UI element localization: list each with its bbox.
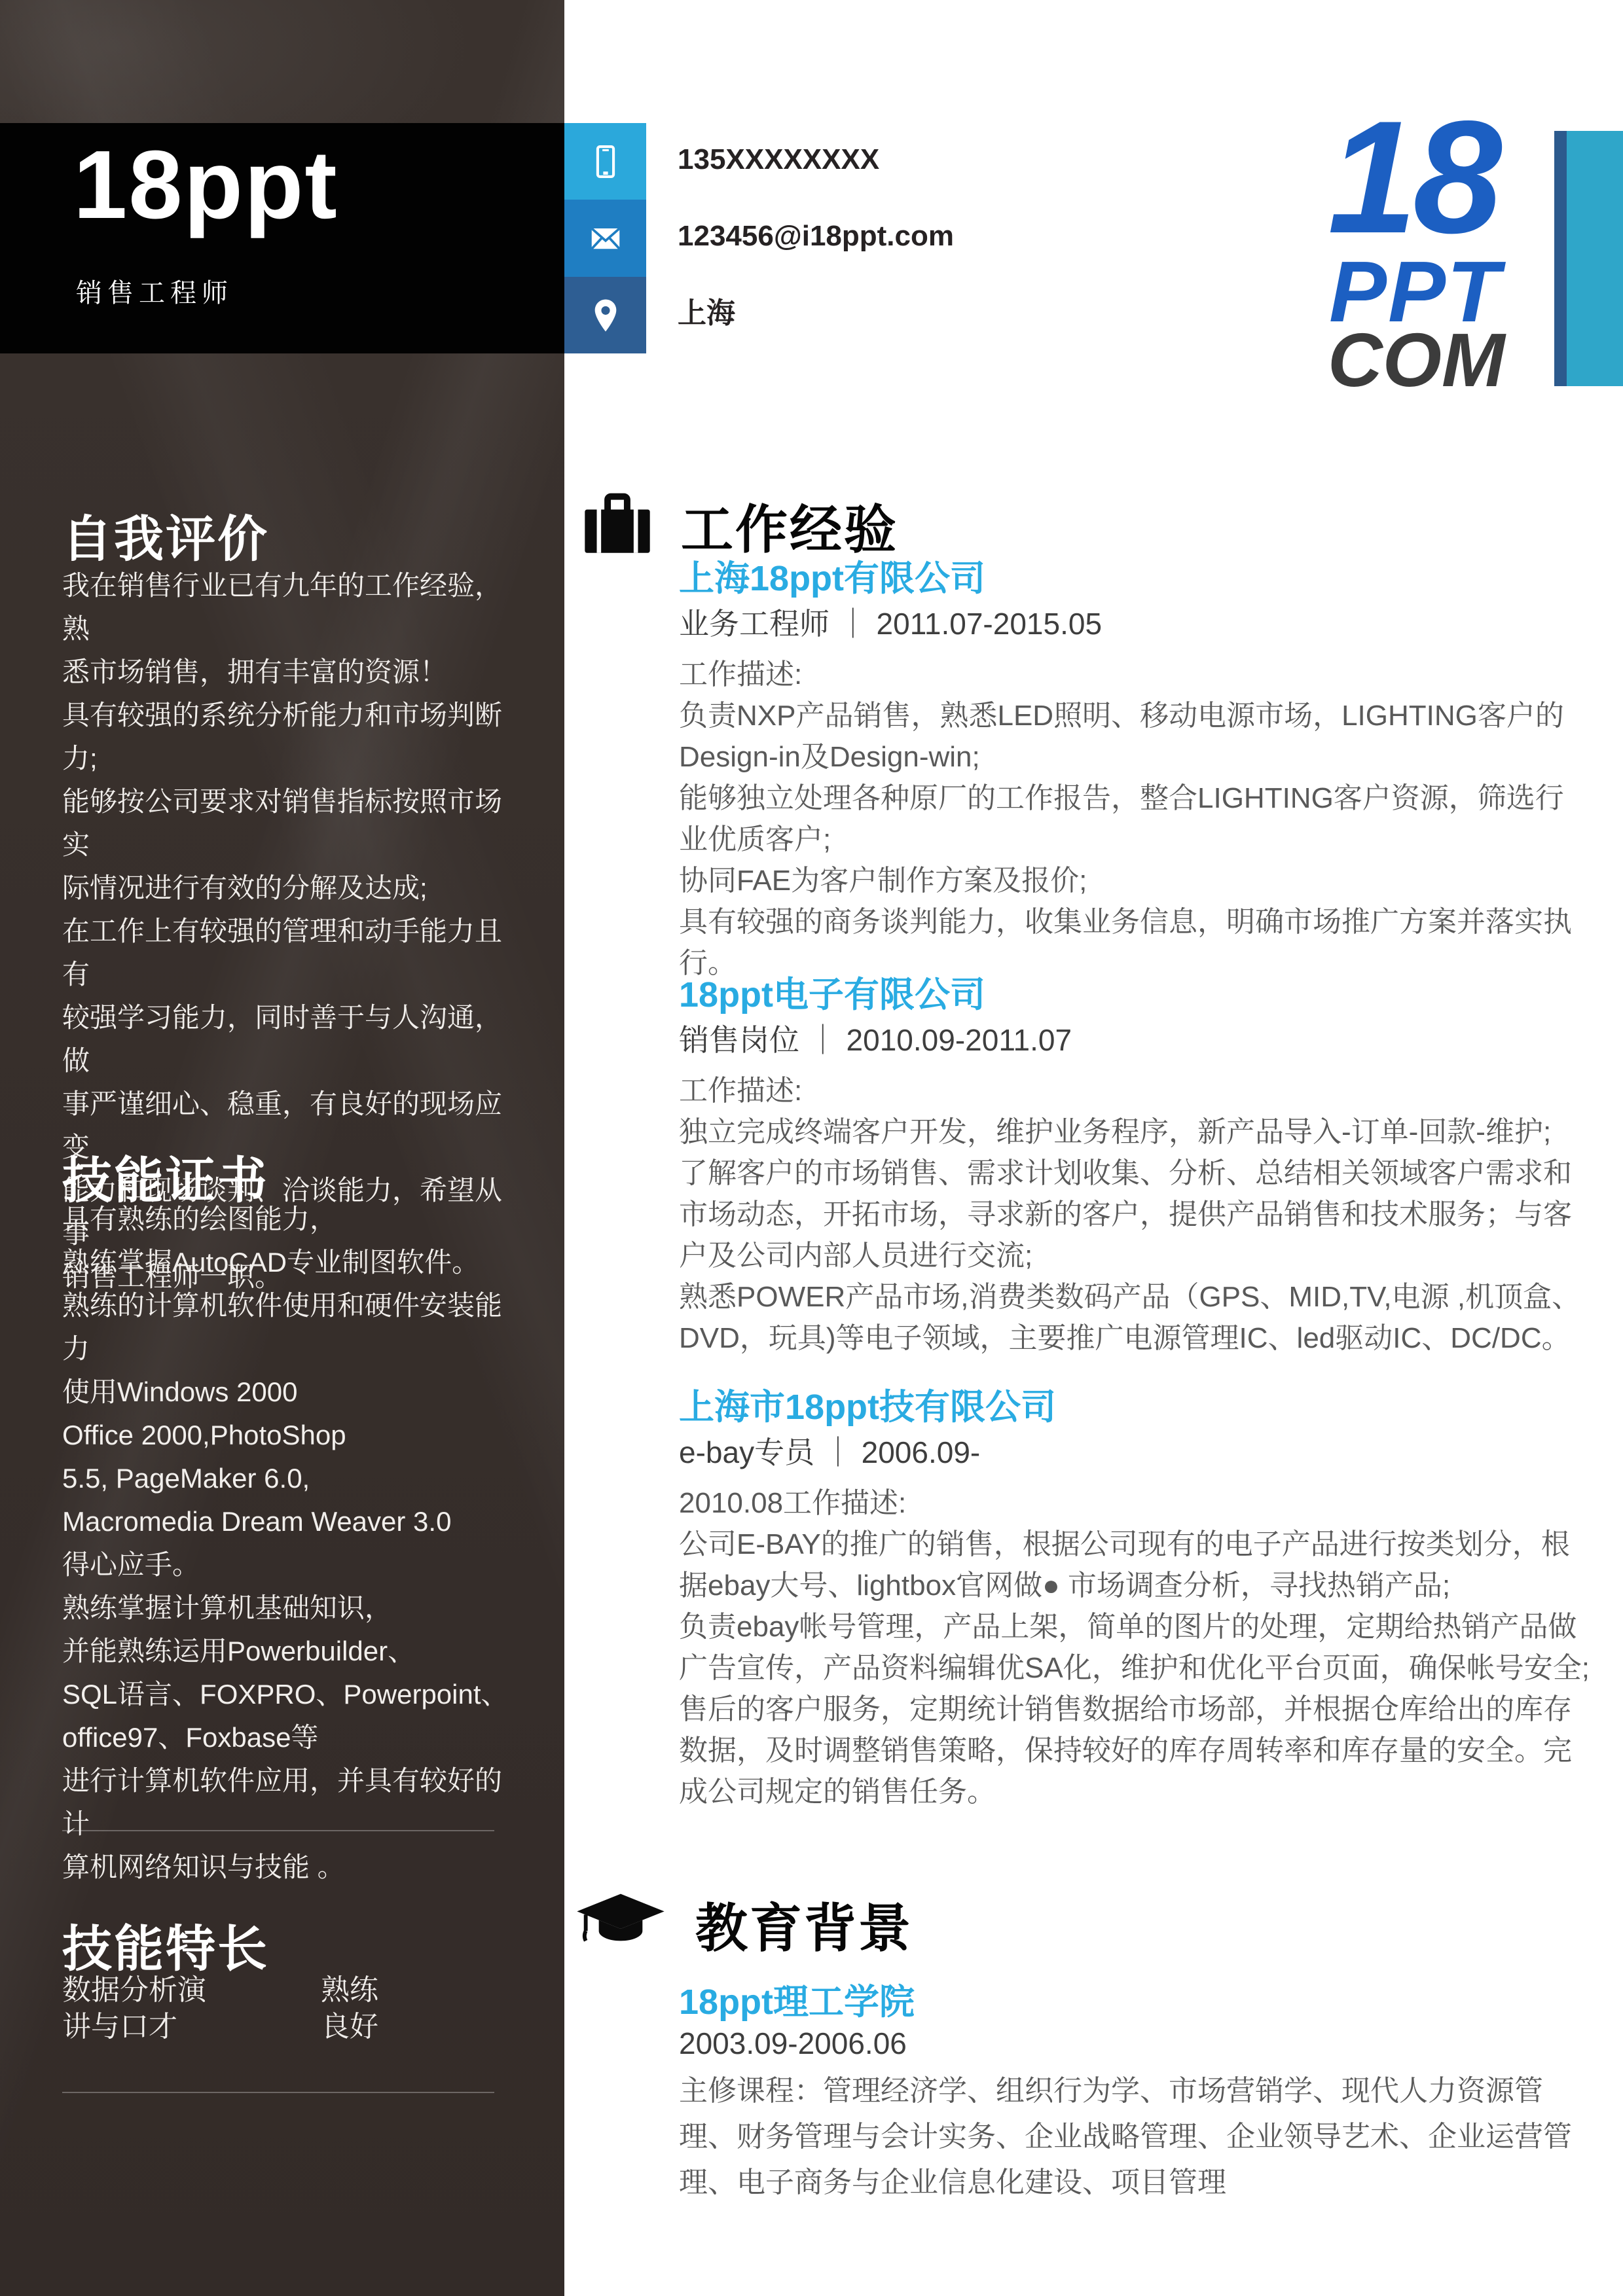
education-title: 教育背景 [695, 1886, 913, 1962]
text-line: 售后的客户服务，定期统计销售数据给市场部，并根据仓库给出的库存数据，及时调整销售… [679, 1689, 1590, 1812]
person-name: 18ppt [73, 136, 338, 234]
name-box: 18ppt 销售工程师 [0, 123, 564, 353]
job1-company: 上海18ppt有限公司 [679, 558, 1590, 599]
job3-company: 上海市18ppt技有限公司 [679, 1387, 1590, 1427]
text-line: 公司E-BAY的推广的销售，根据公司现有的电子产品进行按类划分，根据ebay大号… [679, 1524, 1590, 1606]
text-line: 能够按公司要求对销售指标按照市场实 [62, 780, 520, 867]
text-line: 力; [62, 737, 520, 780]
skill-level: 良好 [321, 2003, 378, 2045]
job3-description: 2010.08工作描述:公司E-BAY的推广的销售，根据公司现有的电子产品进行按… [679, 1482, 1590, 1812]
skill-label: 数据分析演 [62, 1966, 321, 2008]
job2-description: 工作描述:独立完成终端客户开发，维护业务程序，新产品导入-订单-回款-维护;了解… [679, 1070, 1590, 1359]
skill-row: 讲与口才 良好 [62, 2005, 494, 2042]
brand-logo: 18 PPT COM [1309, 92, 1623, 399]
text-line: SQL语言、FOXPRO、Powerpoint、 [62, 1673, 520, 1716]
text-line: 熟练掌握计算机基础知识， [62, 1587, 520, 1630]
text-line: 算机网络知识与技能 。 [62, 1846, 520, 1889]
text-line: 使用Windows 2000 [62, 1371, 520, 1414]
skill-list: 数据分析演 熟练 讲与口才 良好 [62, 1969, 494, 2042]
text-line: Office 2000,PhotoShop [62, 1414, 520, 1457]
education-courses: 主修课程：管理经济学、组织行为学、市场营销学、现代人力资源管理、财务管理与会计实… [679, 2068, 1590, 2206]
text-line: 较强学习能力，同时善于与人沟通，做 [62, 996, 520, 1083]
education-period: 2003.09-2006.06 [679, 2025, 907, 2062]
divider-top [62, 1830, 494, 1831]
text-line: 独立完成终端客户开发，维护业务程序，新产品导入-订单-回款-维护; [679, 1111, 1590, 1153]
text-line: 熟练掌握AutoCAD专业制图软件。 [62, 1241, 520, 1284]
job-entry-3: 上海市18ppt技有限公司 e-bay专员 ｜ 2006.09- 2010.08… [679, 1387, 1590, 1812]
logo-text-com: COM [1328, 322, 1505, 398]
skill-certificates-text: 具有熟练的绘图能力，熟练掌握AutoCAD专业制图软件。熟练的计算机软件使用和硬… [62, 1198, 520, 1889]
text-line: 具有较强的系统分析能力和市场判断 [62, 694, 520, 737]
work-experience-header: 工作经验 [583, 488, 898, 563]
text-line: 了解客户的市场销售、需求计划收集、分析、总结相关领域客户需求和市场动态，开拓市场… [679, 1153, 1590, 1276]
skill-row: 数据分析演 熟练 [62, 1969, 494, 2005]
text-line: 际情况进行有效的分解及达成; [62, 867, 520, 910]
text-line: 进行计算机软件应用，并具有较好的计 [62, 1759, 520, 1846]
text-line: 能够独立处理各种原厂的工作报告，整合LIGHTING客户资源，筛选行业优质客户; [679, 778, 1590, 860]
briefcase-icon [583, 492, 652, 559]
skill-level: 熟练 [321, 1966, 378, 2008]
text-line: 熟练的计算机软件使用和硬件安装能力 [62, 1284, 520, 1371]
skill-label: 讲与口才 [62, 2003, 321, 2045]
contact-email: 123456@i18ppt.com [678, 217, 954, 256]
text-line: 负责ebay帐号管理，产品上架，简单的图片的处理，定期给热销产品做广告宣传，产品… [679, 1606, 1590, 1689]
logo-navy-strip [1554, 131, 1567, 386]
work-experience-title: 工作经验 [681, 488, 898, 563]
job1-meta: 业务工程师 ｜ 2011.07-2015.05 [679, 605, 1590, 642]
text-line: 工作描述: [679, 1070, 1590, 1111]
education-header: 教育背景 [575, 1886, 913, 1962]
text-line: 在工作上有较强的管理和动手能力且有 [62, 910, 520, 996]
person-job-title: 销售工程师 [76, 272, 233, 310]
logo-teal-strip [1567, 131, 1623, 386]
job2-company: 18ppt电子有限公司 [679, 975, 1590, 1015]
job-entry-1: 上海18ppt有限公司 业务工程师 ｜ 2011.07-2015.05 工作描述… [679, 558, 1590, 984]
contact-icon-column [564, 123, 646, 353]
text-line: 我在销售行业已有九年的工作经验，熟 [62, 564, 520, 651]
divider-bottom [62, 2092, 494, 2093]
graduation-cap-icon [575, 1891, 666, 1957]
phone-icon [564, 123, 646, 200]
logo-text-18: 18 [1328, 97, 1499, 257]
sidebar: 18ppt 销售工程师 自我评价 我在销售行业已有九年的工作经验，熟悉市场销售，… [0, 0, 564, 2296]
text-line: 负责NXP产品销售，熟悉LED照明、移动电源市场，LIGHTING客户的Desi… [679, 695, 1590, 778]
text-line: 得心应手。 [62, 1543, 520, 1587]
education-school: 18ppt理工学院 [679, 1982, 915, 2022]
text-line: 工作描述: [679, 654, 1590, 695]
text-line: Macromedia Dream Weaver 3.0 [62, 1500, 520, 1543]
text-line: 悉市场销售，拥有丰富的资源！ [62, 651, 520, 694]
job3-meta: e-bay专员 ｜ 2006.09- [679, 1434, 1590, 1471]
text-line: 2010.08工作描述: [679, 1482, 1590, 1524]
text-line: 协同FAE为客户制作方案及报价; [679, 860, 1590, 901]
contact-location: 上海 [678, 294, 735, 333]
resume-page: 18ppt 销售工程师 自我评价 我在销售行业已有九年的工作经验，熟悉市场销售，… [0, 0, 1623, 2296]
job1-description: 工作描述:负责NXP产品销售，熟悉LED照明、移动电源市场，LIGHTING客户… [679, 654, 1590, 984]
section-title-self-evaluation: 自我评价 [62, 507, 269, 573]
text-line: 5.5, PageMaker 6.0, [62, 1457, 520, 1500]
text-line: 熟悉POWER产品市场,消费类数码产品（GPS、MID,TV,电源 ,机顶盒、D… [679, 1276, 1590, 1359]
text-line: 具有熟练的绘图能力， [62, 1198, 520, 1241]
job2-meta: 销售岗位 ｜ 2010.09-2011.07 [679, 1022, 1590, 1058]
text-line: 并能熟练运用Powerbuilder、 [62, 1630, 520, 1673]
contact-phone: 135XXXXXXXX [678, 140, 879, 179]
text-line: 具有较强的商务谈判能力，收集业务信息，明确市场推广方案并落实执行。 [679, 901, 1590, 984]
job-entry-2: 18ppt电子有限公司 销售岗位 ｜ 2010.09-2011.07 工作描述:… [679, 975, 1590, 1359]
text-line: office97、Foxbase等 [62, 1716, 520, 1759]
location-icon [564, 277, 646, 353]
mail-icon [564, 200, 646, 277]
